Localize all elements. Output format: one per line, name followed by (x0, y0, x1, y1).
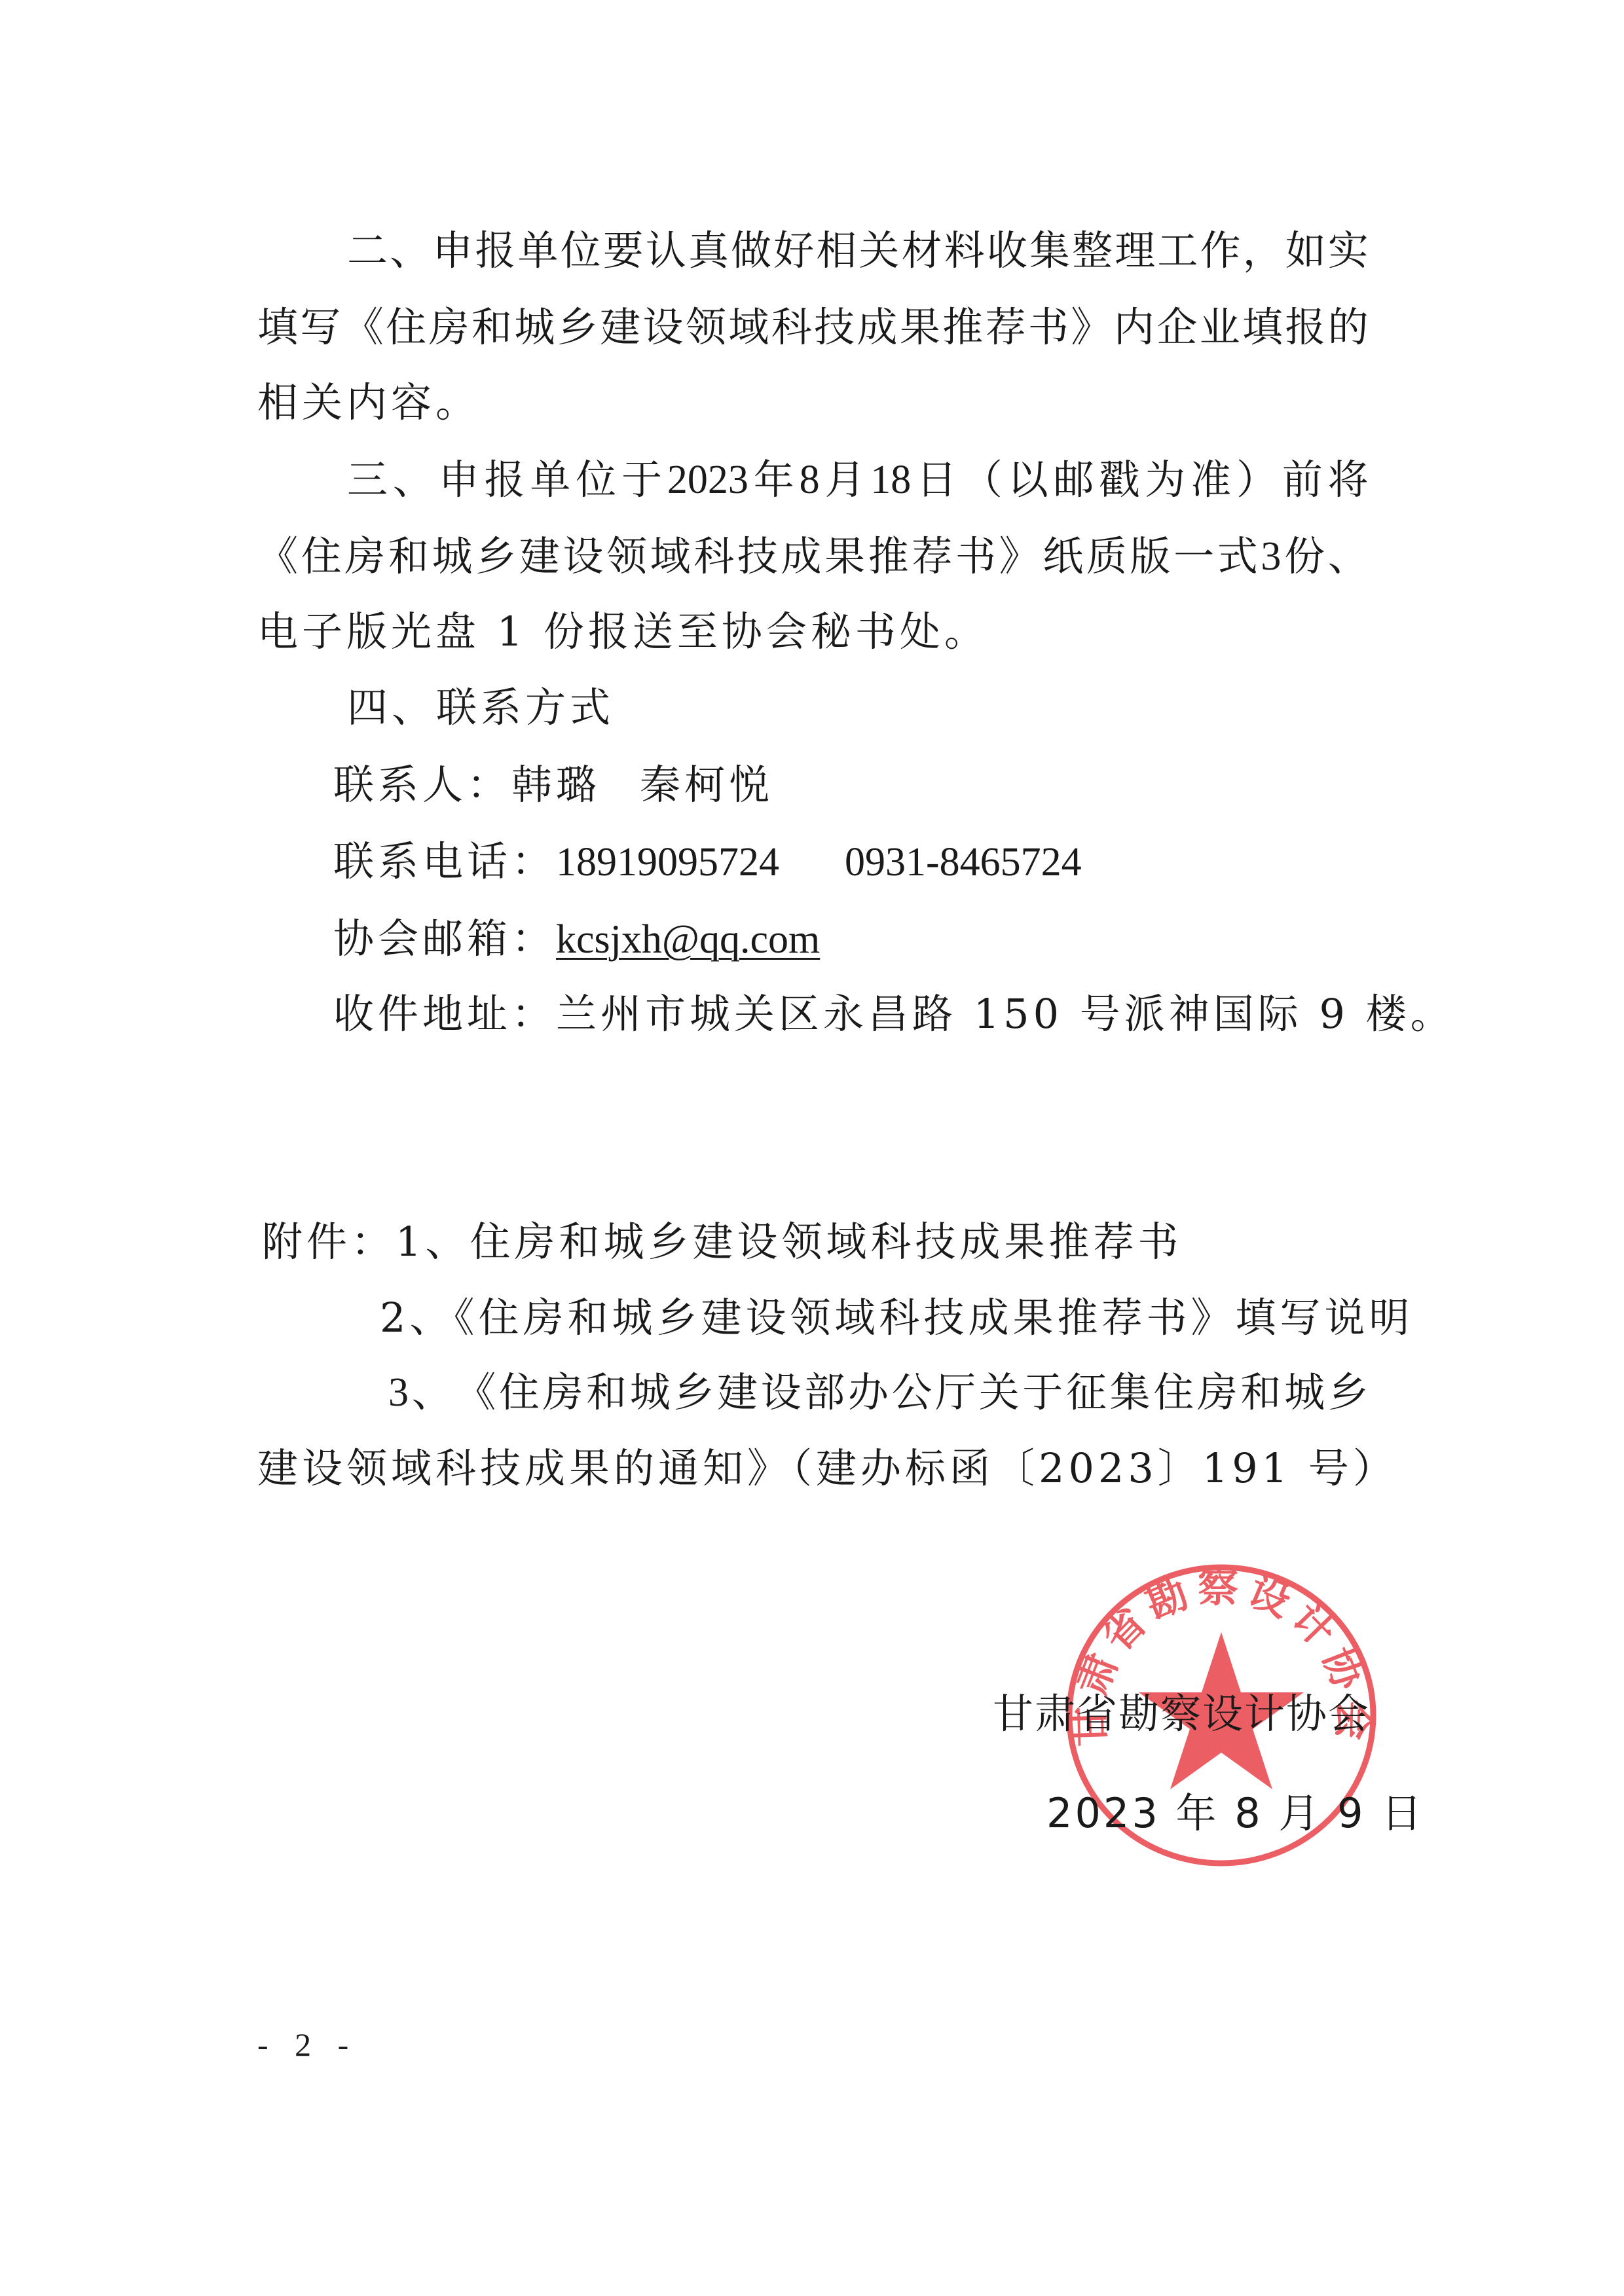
attachment-row-3: 3、《住房和城乡建设部办公厅关于征集住房和城乡 (388, 1366, 1369, 1419)
contact-person-label: 联系人： (333, 761, 511, 809)
address-label: 收件地址： (333, 990, 556, 1038)
contact-phone-row: 联系电话：189190957240931-8465724 (333, 835, 1082, 888)
signature-date: 2023 年 8 月 9 日 (1046, 1787, 1424, 1840)
section3-line-2: 《住房和城乡建设领域科技成果推荐书》纸质版一式3份、 (257, 530, 1369, 583)
section3-line-3: 电子版光盘 1 份报送至协会秘书处。 (257, 606, 989, 658)
email-link[interactable]: kcsjxh@qq.com (556, 917, 820, 962)
section2-line-3: 相关内容。 (257, 376, 480, 429)
section3-line-1: 三、申报单位于2023年8月18日（以邮戳为准）前将 (347, 454, 1369, 506)
attachments-label: 附件： (262, 1218, 396, 1266)
page-number: - 2 - (257, 2028, 358, 2061)
phone-landline: 0931-8465724 (845, 840, 1082, 884)
section4-heading: 四、联系方式 (347, 682, 614, 734)
address-value: 兰州市城关区永昌路 150 号派神国际 9 楼。 (556, 990, 1455, 1038)
phone-mobile: 18919095724 (556, 840, 779, 884)
attachment-row-1: 附件：1、住房和城乡建设领域科技成果推荐书 (262, 1216, 1182, 1268)
attachment-item-1: 1、住房和城乡建设领域科技成果推荐书 (396, 1218, 1182, 1266)
email-label: 协会邮箱： (333, 915, 556, 962)
contact-email-row: 协会邮箱：kcsjxh@qq.com (333, 913, 820, 965)
attachment-row-2: 2、《住房和城乡建设领域科技成果推荐书》填写说明 (380, 1292, 1413, 1344)
document-page: 二、申报单位要认真做好相关材料收集整理工作，如实 填写《住房和城乡建设领域科技成… (0, 0, 1624, 2296)
contact-person-2: 秦柯悦 (640, 761, 773, 809)
section2-line-2: 填写《住房和城乡建设领域科技成果推荐书》内企业填报的 (257, 301, 1369, 354)
phone-label: 联系电话： (333, 837, 556, 885)
section2-line-1: 二、申报单位要认真做好相关材料收集整理工作，如实 (347, 225, 1369, 277)
attachment-row-3-continuation: 建设领域科技成果的通知》（建办标函〔2023〕191 号） (257, 1442, 1397, 1495)
contact-person-1: 韩璐 (511, 761, 600, 809)
contact-person-row: 联系人：韩璐秦柯悦 (333, 759, 773, 811)
contact-address-row: 收件地址：兰州市城关区永昌路 150 号派神国际 9 楼。 (333, 988, 1455, 1040)
signature-organization: 甘肃省勘察设计协会 (993, 1688, 1370, 1740)
